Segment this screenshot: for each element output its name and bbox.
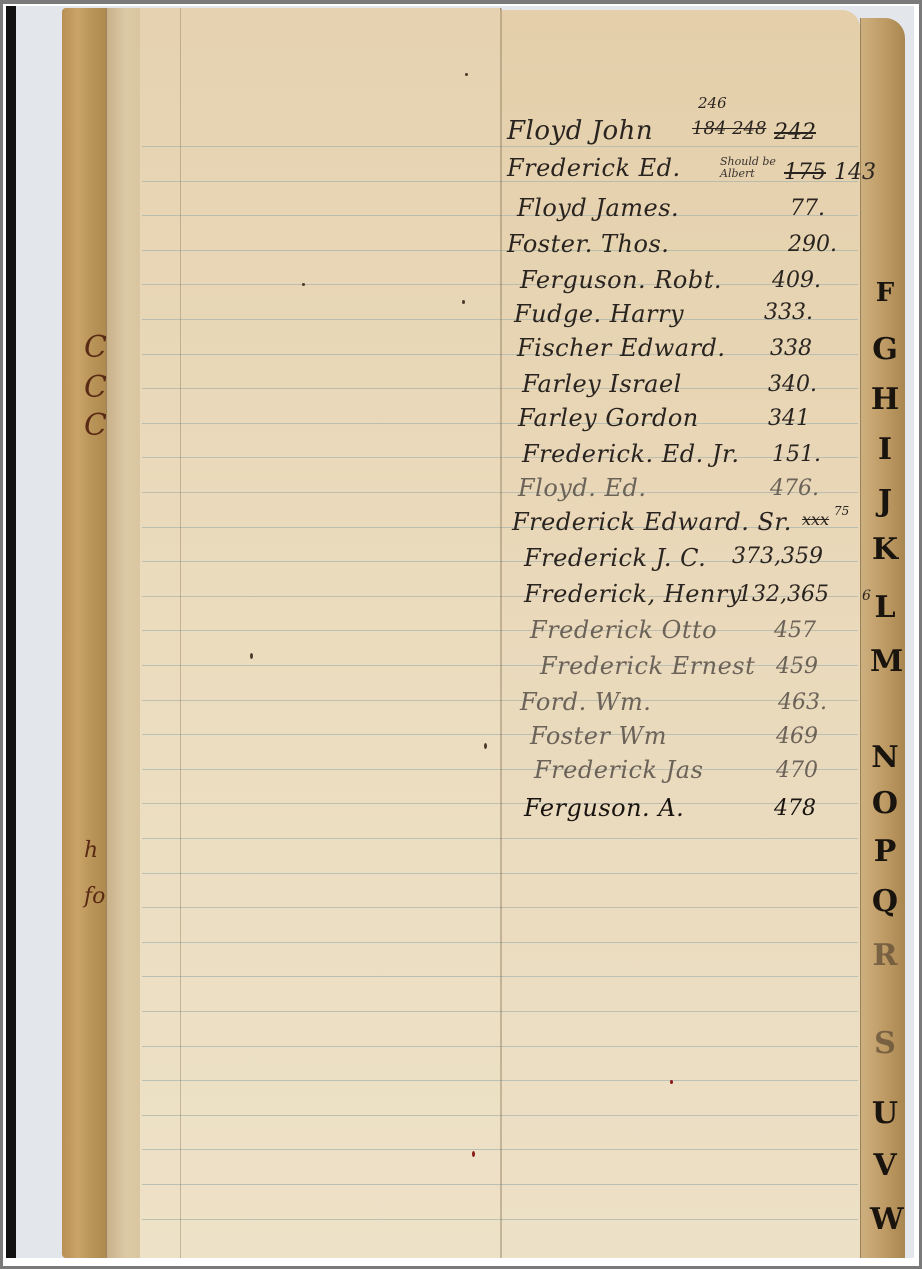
entry-name: Foster Wm [530,722,667,750]
entry-number: 132,365 [738,582,829,607]
index-tab-r[interactable]: R [870,938,900,973]
left-edge-fragment: C [84,370,107,405]
entry-number: 340. [768,372,817,397]
index-tab-f[interactable]: F [870,278,900,308]
index-tab-j[interactable]: J [870,484,900,519]
entry-struck-number: xxx [802,510,829,529]
index-tab-w[interactable]: W [870,1202,900,1237]
entry-number: 290. [788,232,837,257]
left-page [140,8,501,1258]
entry-name: Frederick Otto [530,616,717,644]
entry-name: Floyd. Ed. [518,474,646,502]
entry-number: 463. [778,690,827,715]
entry-number: 338 [770,336,812,361]
entry-name: Frederick. Ed. Jr. [522,440,740,468]
page-gutter [500,8,502,1258]
paper-speck [484,743,487,749]
left-edge-fragment: C [84,330,107,365]
paper-speck [250,653,253,659]
entry-number: 457 [774,618,816,643]
entry-name: Frederick, Henry [524,580,742,608]
entry-name: Frederick J. C. [524,544,706,572]
index-tab-h[interactable]: H [870,382,900,417]
index-tab-m[interactable]: M [870,644,900,679]
left-edge-fragment: C [84,408,107,443]
index-tab-v[interactable]: V [870,1148,900,1183]
paper-speck [462,300,465,304]
paper-speck [465,73,468,76]
entry-number: 476. [770,476,819,501]
index-tab-l[interactable]: L [870,590,900,625]
entry-number: 341 [768,406,810,431]
entry-struck-number: 175 [784,160,826,185]
entry-number: 143 [834,160,876,185]
entry-name: Frederick Edward. Sr. [512,508,792,536]
paper-speck [472,1151,475,1157]
entry-number: 469 [776,724,818,749]
entry-number: 242 [774,120,816,145]
entry-number: 470 [776,758,818,783]
entry-number: 478 [774,796,816,821]
entry-name: Fudge. Harry [514,300,684,328]
index-tab-p[interactable]: P [870,834,900,869]
entry-number: 151. [772,442,821,467]
margin-line [180,8,181,1258]
entry-name: Frederick Ed. [507,154,681,182]
left-edge-fragment: fo [84,884,105,909]
entry-name: Farley Gordon [518,404,699,432]
entry-name: Frederick Ernest [540,652,755,680]
entry-name: Ford. Wm. [520,688,651,716]
entry-name: Ferguson. Robt. [520,266,722,294]
entry-name: Fischer Edward. [517,334,726,362]
scan-edge-strip [6,6,16,1258]
entry-number: 373,359 [732,544,823,569]
entry-name: Floyd John [507,116,653,146]
index-tab-i[interactable]: I [870,432,900,467]
ledger-book: C C C h fo Floyd John 246 184 248 242 Fr… [62,8,910,1258]
entry-number: 75 [834,504,849,518]
index-tab-g[interactable]: G [870,332,900,367]
entry-number: 409. [772,268,821,293]
entry-number: 77. [790,196,825,221]
paper-speck [302,283,305,286]
entry-name: Ferguson. A. [524,794,684,822]
entry-superscript: 246 [698,94,727,112]
index-tab-strip [860,18,905,1258]
index-tab-o[interactable]: O [870,786,900,821]
index-tab-k[interactable]: K [870,532,900,567]
index-tab-q[interactable]: Q [870,884,900,919]
entry-name: Floyd James. [517,194,679,222]
paper-speck [670,1080,673,1084]
index-tab-u[interactable]: U [870,1096,900,1131]
entry-struck-number: 184 248 [692,118,766,139]
left-edge-fragment: h [84,838,98,863]
entry-number: 333. [764,300,813,325]
entry-name: Frederick Jas [534,756,703,784]
entry-name: Foster. Thos. [507,230,669,258]
entry-name: Farley Israel [522,370,682,398]
entry-note: Should be Albert [720,156,776,180]
index-tab-n[interactable]: N [870,740,900,775]
index-tab-s[interactable]: S [870,1026,900,1061]
entry-number: 459 [776,654,818,679]
